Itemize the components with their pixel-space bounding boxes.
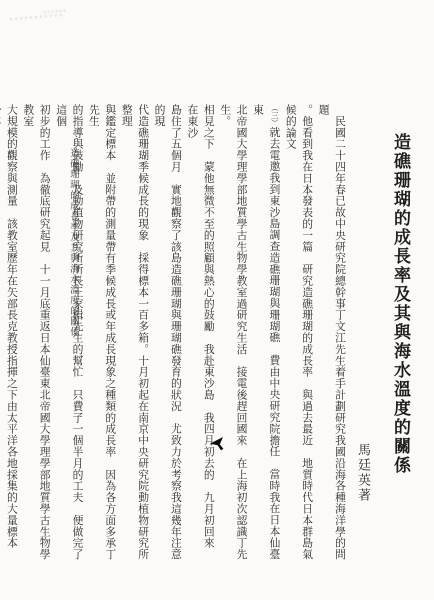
margin-running-title: 造礁珊瑚的成長率及其與海水溫度的關係	[66, 148, 80, 337]
text-column: 相見之下 蒙他無微不至的照顧與熱心的鼓勵 我赴東沙島 我四月初去的 九月初回來 …	[184, 104, 217, 562]
footnote-marker: （三）	[270, 104, 279, 127]
author-name: 馬廷英著	[354, 443, 373, 503]
text-column: 民國二十四年春已故中央研究院總幹事丁文江先生着手計劃研究我國沿海各種海洋學的問題	[315, 104, 348, 562]
text-column: 島住了五個月 實地觀察了該島造礁珊瑚與珊瑚礁發育的狀況 尤致力於考察我這幾年注意…	[151, 104, 184, 562]
text-column: 。他看到我在日本發表的一篇 研究造礁珊瑚的成長率 與過去最近 地質時代日本群島氣…	[282, 104, 315, 562]
text-column-body: 就去電邀我到東沙島調查造礁珊瑚與珊瑚礁 費由中央研究院擔任 當時我在日本仙臺東	[252, 104, 280, 560]
text-column: （三）就去電邀我到東沙島調查造礁珊瑚與珊瑚礁 費由中央研究院擔任 當時我在日本仙…	[250, 104, 283, 562]
page-number: 一	[68, 412, 83, 422]
pencil-annotation	[10, 14, 64, 21]
page-title: 造礁珊瑚的成長率及其與海水溫度的關係	[388, 133, 413, 475]
text-column: 與鑑定標本 並附帶的測量帶有季候成長或年成長現象之種類的成長率 因為各方面多承丁…	[86, 104, 119, 562]
text-column: 大規模的觀察與測量 該教室歷年在矢部長克教授指揮之下由太平洋各地採集的大量標本 …	[0, 104, 20, 562]
text-column: 北帝國大學理學部地質學古生物學教室過研究生活 接電後趕回國來 在上海初次認識丁先…	[217, 104, 250, 562]
mouse-cursor	[210, 437, 224, 451]
text-column: 代造礁珊瑚季候成長的現象 採得標本一百多箱。十月初起在南京中央研究院動植物研究所…	[118, 104, 151, 562]
text-column: 初步的工作 為徹底研究起見 十一月底重返日本仙臺東北帝國大學理學部地質學古生物學…	[20, 104, 53, 562]
body-text: 民國二十四年春已故中央研究院總幹事丁文江先生着手計劃研究我國沿海各種海洋學的問題…	[90, 104, 348, 582]
paper-page: 造礁珊瑚的成長率及其與海水溫度的關係 馬廷英著 民國二十四年春已故中央研究院總幹…	[0, 0, 434, 600]
